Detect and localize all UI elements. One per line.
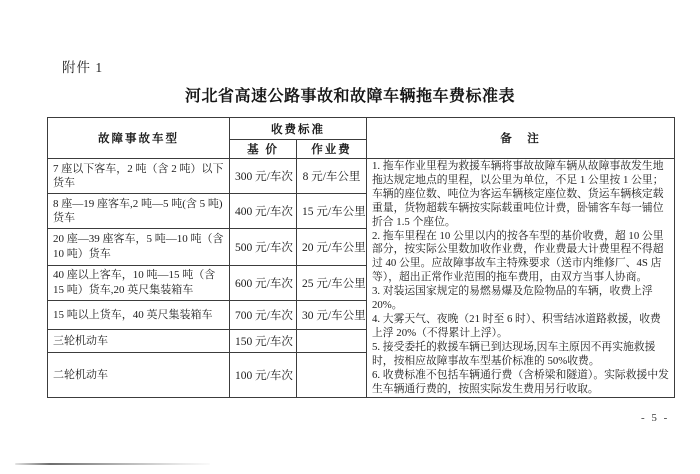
vehicle-type-cell: 8 座—19 座客车,2 吨—5 吨(含 5 吨)货车 xyxy=(48,194,230,229)
remarks-cell: 1. 拖车作业里程为救援车辆将事故故障车辆从故障事故发生地拖达规定地点的里程，以… xyxy=(367,159,675,398)
remark-item-6: 6. 收费标准不包括车辆通行费（含桥梁和隧道）。实际救援中发生车辆通行费的，按照… xyxy=(372,369,669,397)
remark-item-2: 2. 拖车里程在 10 公里以内的按各车型的基价收费，超 10 公里部分，按实际… xyxy=(372,230,669,286)
base-price-cell: 150 元/车次 xyxy=(230,330,297,353)
operation-fee-cell: 8 元/车公里 xyxy=(297,159,367,194)
column-header-operation-fee: 作业费 xyxy=(297,140,367,159)
remark-item-4: 4. 大雾天气、夜晚（21 时至 6 时）、积雪结冰道路救援，收费上浮 20%（… xyxy=(372,313,669,341)
column-header-base-price: 基 价 xyxy=(230,140,297,159)
vehicle-type-cell: 40 座以上客车，10 吨—15 吨（含 15 吨）货车,20 英尺集装箱车 xyxy=(48,265,230,300)
base-price-cell: 300 元/车次 xyxy=(230,159,297,194)
table-header-row-1: 故障事故车型 收费标准 备 注 xyxy=(48,118,675,140)
operation-fee-cell xyxy=(297,330,367,353)
operation-fee-cell xyxy=(297,353,367,398)
operation-fee-cell: 30 元/车公里 xyxy=(297,300,367,330)
base-price-cell: 700 元/车次 xyxy=(230,300,297,330)
vehicle-type-cell: 15 吨以上货车，40 英尺集装箱车 xyxy=(48,300,230,330)
scan-shadow-line xyxy=(15,463,210,465)
column-header-fee-standard: 收费标准 xyxy=(230,118,367,140)
vehicle-type-cell: 20 座—39 座客车，5 吨—10 吨（含 10 吨）货车 xyxy=(48,229,230,265)
remark-item-3: 3. 对装运国家规定的易燃易爆及危险物品的车辆，收费上浮 20%。 xyxy=(372,285,669,313)
towing-fee-table: 故障事故车型 收费标准 备 注 基 价 作业费 7 座以下客车，2 吨（含 2 … xyxy=(47,117,675,398)
page-number: - 5 - xyxy=(641,412,669,424)
remark-item-5: 5. 接受委托的救援车辆已到达现场,因车主原因不再实施救援时，按相应故障事故车型… xyxy=(372,341,669,369)
base-price-cell: 600 元/车次 xyxy=(230,265,297,300)
base-price-cell: 500 元/车次 xyxy=(230,229,297,265)
operation-fee-cell: 15 元/车公里 xyxy=(297,194,367,229)
operation-fee-cell: 25 元/车公里 xyxy=(297,265,367,300)
column-header-remarks: 备 注 xyxy=(367,118,675,159)
table-row: 7 座以下客车，2 吨（含 2 吨）以下货车 300 元/车次 8 元/车公里 … xyxy=(48,159,675,194)
page-title: 河北省高速公路事故和故障车辆拖车费标准表 xyxy=(0,83,700,106)
column-header-vehicle-type: 故障事故车型 xyxy=(48,118,230,159)
base-price-cell: 400 元/车次 xyxy=(230,194,297,229)
vehicle-type-cell: 三轮机动车 xyxy=(48,330,230,353)
base-price-cell: 100 元/车次 xyxy=(230,353,297,398)
operation-fee-cell: 20 元/车公里 xyxy=(297,229,367,265)
attachment-label: 附件 1 xyxy=(62,56,103,76)
remark-item-1: 1. 拖车作业里程为救援车辆将事故故障车辆从故障事故发生地拖达规定地点的里程，以… xyxy=(372,160,669,230)
vehicle-type-cell: 7 座以下客车，2 吨（含 2 吨）以下货车 xyxy=(48,159,230,194)
vehicle-type-cell: 二轮机动车 xyxy=(48,353,230,398)
